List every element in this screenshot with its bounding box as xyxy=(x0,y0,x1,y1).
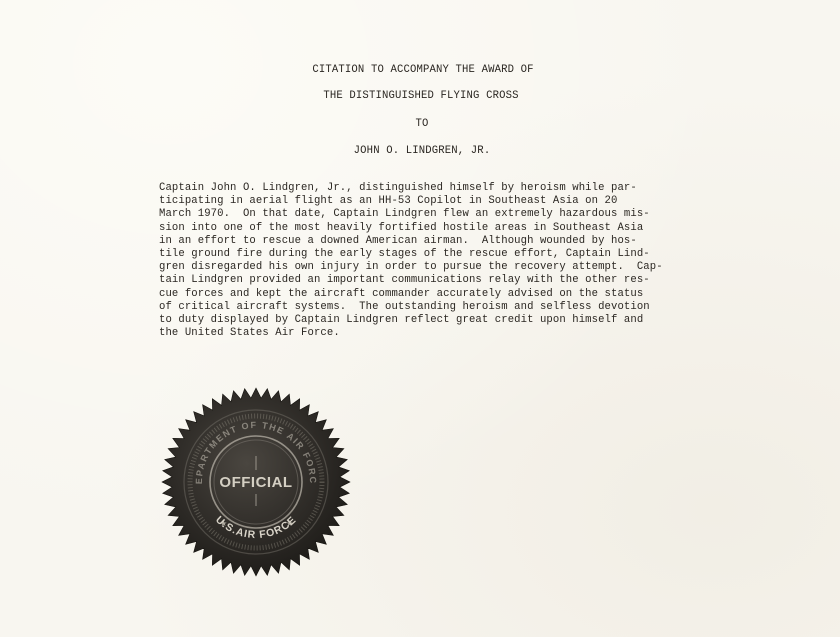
citation-line: tile ground fire during the early stages… xyxy=(159,248,719,261)
award-name-heading: THE DISTINGUISHED FLYING CROSS xyxy=(0,90,840,102)
heading-to: TO xyxy=(0,118,840,130)
citation-line: cue forces and kept the aircraft command… xyxy=(159,288,719,301)
official-seal-icon: DEPARTMENT OF THE AIR FORCE U.S.AIR FORC… xyxy=(160,386,352,578)
citation-line: the United States Air Force. xyxy=(159,327,719,340)
svg-text:★: ★ xyxy=(220,519,227,528)
citation-line: ticipating in aerial flight as an HH-53 … xyxy=(159,195,719,208)
citation-document: CITATION TO ACCOMPANY THE AWARD OF THE D… xyxy=(0,0,840,637)
citation-line: to duty displayed by Captain Lindgren re… xyxy=(159,314,719,327)
citation-line: March 1970. On that date, Captain Lindgr… xyxy=(159,208,719,221)
svg-text:★: ★ xyxy=(286,519,293,528)
citation-body: Captain John O. Lindgren, Jr., distingui… xyxy=(159,182,719,340)
citation-heading-line1: CITATION TO ACCOMPANY THE AWARD OF xyxy=(0,64,840,76)
recipient-name: JOHN O. LINDGREN, JR. xyxy=(0,145,840,157)
citation-line: of critical aircraft systems. The outsta… xyxy=(159,301,719,314)
citation-line: in an effort to rescue a downed American… xyxy=(159,235,719,248)
citation-line: tain Lindgren provided an important comm… xyxy=(159,274,719,287)
svg-text:OFFICIAL: OFFICIAL xyxy=(219,474,292,491)
citation-line: gren disregarded his own injury in order… xyxy=(159,261,719,274)
citation-line: Captain John O. Lindgren, Jr., distingui… xyxy=(159,182,719,195)
citation-line: sion into one of the most heavily fortif… xyxy=(159,222,719,235)
